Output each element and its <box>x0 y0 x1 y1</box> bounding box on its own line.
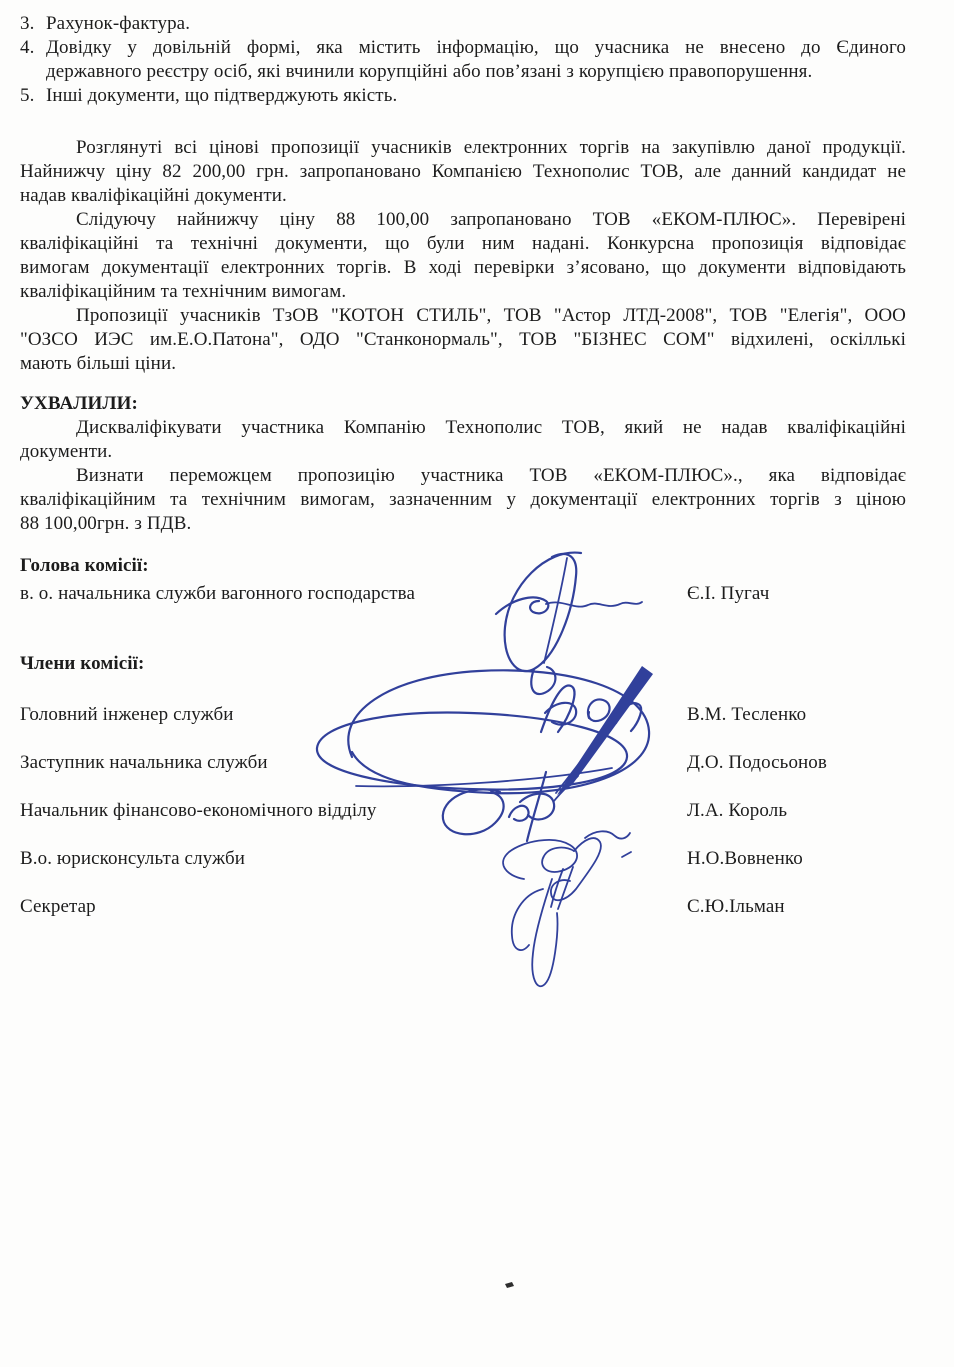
list-item-4: 4. Довідку у довільній формі, яка містит… <box>20 36 906 84</box>
list-item-3: 3. Рахунок-фактура. <box>20 12 906 36</box>
signature-row-chief-engineer: Головний інженер служби В.М. Тесленко <box>20 703 906 727</box>
document-page: 3. Рахунок-фактура. 4. Довідку у довільн… <box>0 0 954 1367</box>
role-title: Секретар <box>20 896 96 917</box>
signer-name: С.Ю.Ільман <box>687 895 785 919</box>
list-item-text: Інші документи, що підтверджують якість. <box>46 84 906 108</box>
decision-heading: УХВАЛИЛИ: <box>20 392 906 416</box>
numbered-list: 3. Рахунок-фактура. 4. Довідку у довільн… <box>20 12 906 108</box>
role-title: Головний інженер служби <box>20 704 234 725</box>
role-title: Заступник начальника служби <box>20 752 268 773</box>
signature-row-finance-head: Начальник фінансово-економічного відділу… <box>20 799 906 823</box>
list-number: 5. <box>20 84 46 108</box>
list-number: 3. <box>20 12 46 36</box>
signer-name: Л.А. Король <box>687 799 787 823</box>
signer-name: Н.О.Вовненко <box>687 847 803 871</box>
signature-row-head: в. о. начальника служби вагонного господ… <box>20 582 906 606</box>
paragraph-review-results: Розглянуті всі цінові пропозиції учасник… <box>20 136 906 208</box>
decision-paragraph-disqualify: Дискваліфікувати участника Компанію Техн… <box>20 416 906 464</box>
role-title: в. о. начальника служби вагонного господ… <box>20 583 415 604</box>
signature-row-legal-counsel: В.о. юрисконсульта служби Н.О.Вовненко <box>20 847 906 871</box>
decision-paragraph-winner: Визнати переможцем пропозицію участника … <box>20 464 906 536</box>
signature-row-secretary: Секретар С.Ю.Ільман <box>20 895 906 919</box>
signature-row-deputy-head: Заступник начальника служби Д.О. Подосьо… <box>20 751 906 775</box>
commission-members-label: Члени комісії: <box>20 652 906 676</box>
signer-name: Д.О. Подосьонов <box>687 751 827 775</box>
list-number: 4. <box>20 36 46 84</box>
role-title: В.о. юрисконсульта служби <box>20 848 245 869</box>
list-item-5: 5. Інші документи, що підтверджують якіс… <box>20 84 906 108</box>
list-item-text: державного реєстру осіб, які вчинили кор… <box>46 60 906 84</box>
paragraph-next-lowest-price: Слідуючу найнижчу ціну 88 100,00 запропа… <box>20 208 906 304</box>
signer-name: В.М. Тесленко <box>687 703 806 727</box>
role-title: Начальник фінансово-економічного відділу <box>20 800 376 821</box>
paragraph-rejected-bids: Пропозиції учасників ТзОВ "КОТОН СТИЛЬ",… <box>20 304 906 376</box>
commission-head-label: Голова комісії: <box>20 554 906 578</box>
list-item-text: Довідку у довільній формі, яка містить і… <box>46 36 906 60</box>
list-item-text: Рахунок-фактура. <box>46 12 906 36</box>
signer-name: Є.І. Пугач <box>687 582 769 606</box>
